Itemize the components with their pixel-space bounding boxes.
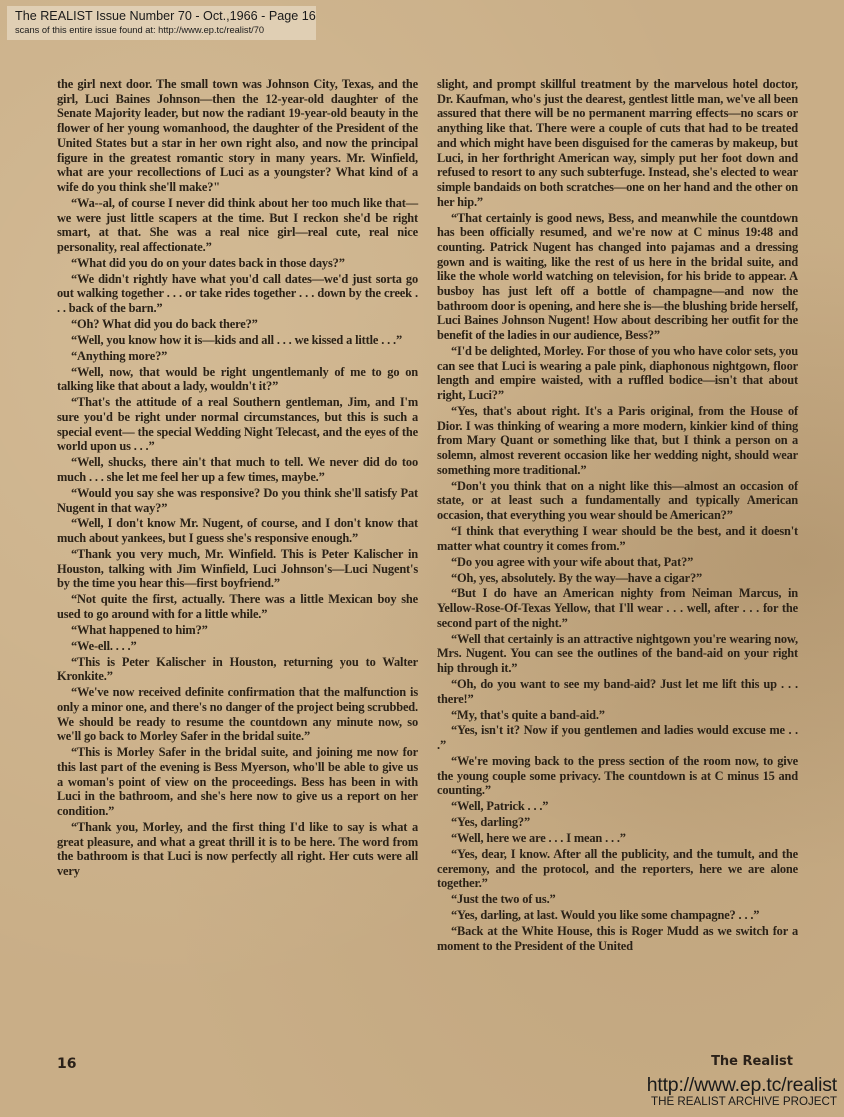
paragraph: “Would you say she was responsive? Do yo…	[57, 486, 418, 515]
paragraph: “Yes, that's about right. It's a Paris o…	[437, 404, 798, 478]
paragraph: “Well, shucks, there ain't that much to …	[57, 455, 418, 484]
paragraph: “We've now received definite confirmatio…	[57, 685, 418, 744]
paragraph: “Do you agree with your wife about that,…	[437, 555, 798, 570]
scan-source-note: scans of this entire issue found at: htt…	[15, 24, 316, 36]
paragraph: “Yes, darling, at last. Would you like s…	[437, 908, 798, 923]
paragraph: “Oh? What did you do back there?”	[57, 317, 418, 332]
paragraph: “Just the two of us.”	[437, 892, 798, 907]
right-column: slight, and prompt skillful treatment by…	[437, 77, 798, 955]
paragraph: “Well, now, that would be right ungentle…	[57, 365, 418, 394]
paragraph: “Anything more?”	[57, 349, 418, 364]
paragraph: “We-ell. . . .”	[57, 639, 418, 654]
paragraph: “Thank you very much, Mr. Winfield. This…	[57, 547, 418, 591]
paragraph: “Oh, yes, absolutely. By the way—have a …	[437, 571, 798, 586]
paragraph: “This is Morley Safer in the bridal suit…	[57, 745, 418, 819]
paragraph: “Yes, dear, I know. After all the public…	[437, 847, 798, 891]
paragraph: “What happened to him?”	[57, 623, 418, 638]
paragraph: “Well, here we are . . . I mean . . .”	[437, 831, 798, 846]
scan-header: The REALIST Issue Number 70 - Oct.,1966 …	[7, 6, 316, 40]
paragraph: slight, and prompt skillful treatment by…	[437, 77, 798, 209]
paragraph: “Well, Patrick . . .”	[437, 799, 798, 814]
issue-title: The REALIST Issue Number 70 - Oct.,1966 …	[15, 9, 316, 24]
paragraph: “We're moving back to the press section …	[437, 754, 798, 798]
paragraph: “Yes, isn't it? Now if you gentlemen and…	[437, 723, 798, 752]
paragraph: “That's the attitude of a real Southern …	[57, 395, 418, 454]
paragraph: “Not quite the first, actually. There wa…	[57, 592, 418, 621]
paragraph: “Wa--al, of course I never did think abo…	[57, 196, 418, 255]
paragraph: “Back at the White House, this is Roger …	[437, 924, 798, 953]
paragraph: “But I do have an American nighty from N…	[437, 586, 798, 630]
paragraph: “Yes, darling?”	[437, 815, 798, 830]
paragraph: “I'd be delighted, Morley. For those of …	[437, 344, 798, 403]
magazine-masthead: The Realist	[711, 1054, 793, 1069]
paragraph: “This is Peter Kalischer in Houston, ret…	[57, 655, 418, 684]
paragraph: the girl next door. The small town was J…	[57, 77, 418, 195]
paragraph: “Well that certainly is an attractive ni…	[437, 632, 798, 676]
paragraph: “I think that everything I wear should b…	[437, 524, 798, 553]
paragraph: “My, that's quite a band-aid.”	[437, 708, 798, 723]
paragraph: “Thank you, Morley, and the first thing …	[57, 820, 418, 879]
archive-project-name: THE REALIST ARCHIVE PROJECT	[651, 1095, 837, 1108]
paragraph: “Oh, do you want to see my band-aid? Jus…	[437, 677, 798, 706]
archive-url-link[interactable]: http://www.ep.tc/realist	[647, 1074, 837, 1097]
paragraph: “What did you do on your dates back in t…	[57, 256, 418, 271]
paragraph: “We didn't rightly have what you'd call …	[57, 272, 418, 316]
paragraph: “That certainly is good news, Bess, and …	[437, 211, 798, 343]
paragraph: “Well, I don't know Mr. Nugent, of cours…	[57, 516, 418, 545]
left-column: the girl next door. The small town was J…	[57, 77, 418, 880]
page-number: 16	[57, 1056, 76, 1072]
paragraph: “Don't you think that on a night like th…	[437, 479, 798, 523]
paragraph: “Well, you know how it is—kids and all .…	[57, 333, 418, 348]
